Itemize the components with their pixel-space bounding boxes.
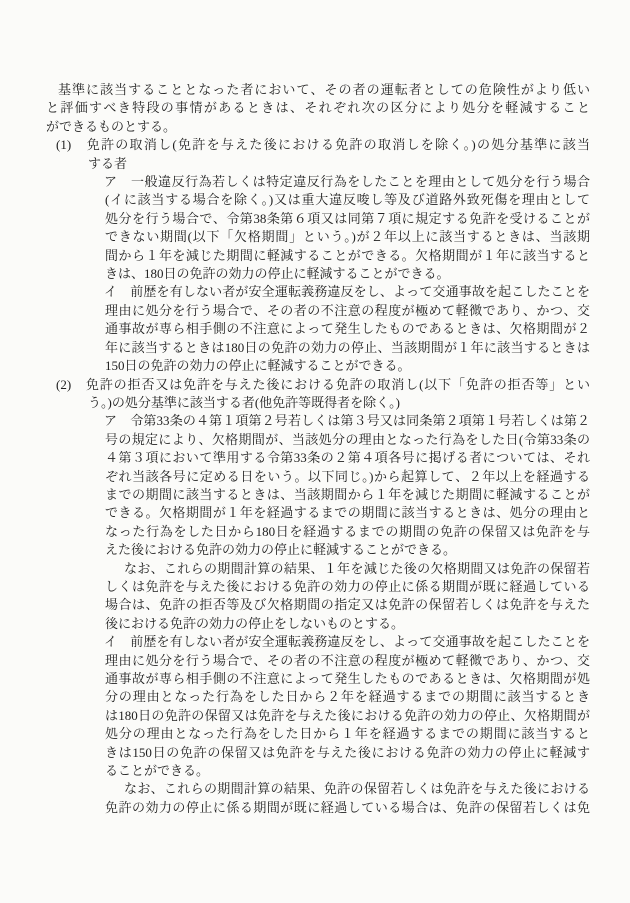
- text-line: ができるものとする。: [46, 118, 590, 136]
- text-line: (イに該当する場合を除く。)又は重大違反唆し等及び道路外致死傷を理由として: [46, 191, 590, 209]
- text-line: できる。欠格期間が１年を経過するまでの期間に該当するときは、処分の理由と: [46, 504, 590, 522]
- text-line: 通事故が専ら相手側の不注意によって発生したものであるときは、欠格期間が処: [46, 670, 590, 688]
- text-line: 分の理由となった行為をした日から２年を経過するまでの期間に該当するとき: [46, 688, 590, 706]
- text-line: 処分を行う場合で、令第38条第６項又は同第７項に規定する免許を受けることが: [46, 210, 590, 228]
- text-line: ４第３項において準用する令第33条の２第４項各号に掲げる者については、それ: [46, 449, 590, 467]
- text-line: ア 一般違反行為若しくは特定違反行為をしたことを理由として処分を行う場合: [46, 173, 590, 191]
- text-line: できない期間(以下「欠格期間」という。)が２年以上に該当するときは、当該期: [46, 228, 590, 246]
- text-line: ることができる。: [46, 762, 590, 780]
- document-text-block: 基準に該当することとなった者において、その者の運転者としての危険性がより低いと評…: [46, 81, 590, 817]
- text-line: ぞれ当該各号に定める日をいう。以下同じ。)から起算して、２年以上を経過する: [46, 468, 590, 486]
- text-line: ア 令第33条の４第１項第２号若しくは第３号又は同条第２項第１号若しくは第２: [46, 412, 590, 430]
- text-line: する者: [46, 155, 590, 173]
- text-line: なお、これらの期間計算の結果、免許の保留若しくは免許を与えた後における: [46, 780, 590, 798]
- text-line: と評価すべき特段の事情があるときは、それぞれ次の区分により処分を軽減すること: [46, 99, 590, 117]
- text-line: 150日の免許の効力の停止に軽減することができる。: [46, 357, 590, 375]
- text-line: は180日の免許の保留又は免許を与えた後における免許の効力の停止、欠格期間が: [46, 707, 590, 725]
- text-line: イ 前歴を有しない者が安全運転義務違反をし、よって交通事故を起こしたことを: [46, 633, 590, 651]
- text-line: イ 前歴を有しない者が安全運転義務違反をし、よって交通事故を起こしたことを: [46, 283, 590, 301]
- text-line: 免許の効力の停止に係る期間が既に経過している場合は、免許の保留若しくは免: [46, 799, 590, 817]
- text-line: (2) 免許の拒否又は免許を与えた後における免許の取消し(以下「免許の拒否等」と…: [46, 376, 590, 394]
- text-line: きは150日の免許の保留又は免許を与えた後における免許の効力の停止に軽減す: [46, 744, 590, 762]
- scanned-document-page: 基準に該当することとなった者において、その者の運転者としての危険性がより低いと評…: [0, 0, 630, 903]
- text-line: なお、これらの期間計算の結果、１年を減じた後の欠格期間又は免許の保留若: [46, 560, 590, 578]
- text-line: 理由に処分を行う場合で、その者の不注意の程度が極めて軽微であり、かつ、交: [46, 652, 590, 670]
- text-line: 通事故が専ら相手側の不注意によって発生したものであるときは、欠格期間が２: [46, 320, 590, 338]
- text-line: 基準に該当することとなった者において、その者の運転者としての危険性がより低い: [46, 81, 590, 99]
- text-line: なった行為をした日から180日を経過するまでの期間の免許の保留又は免許を与: [46, 523, 590, 541]
- text-line: までの期間に該当するときは、当該期間から１年を減じた期間に軽減することが: [46, 486, 590, 504]
- text-line: 後における免許の効力の停止をしないものとする。: [46, 615, 590, 633]
- text-line: 処分の理由となった行為をした日から１年を経過するまでの期間に該当すると: [46, 725, 590, 743]
- text-line: きは、180日の免許の効力の停止に軽減することができる。: [46, 265, 590, 283]
- text-line: 年に該当するときは180日の免許の効力の停止、当該期間が１年に該当するときは: [46, 339, 590, 357]
- text-line: 場合は、免許の拒否等及び欠格期間の指定又は免許の保留若しくは免許を与えた: [46, 596, 590, 614]
- text-line: しくは免許を与えた後における免許の効力の停止に係る期間が既に経過している: [46, 578, 590, 596]
- text-line: 号の規定により、欠格期間が、当該処分の理由となった行為をした日(令第33条の: [46, 431, 590, 449]
- text-line: 間から１年を減じた期間に軽減することができる。欠格期間が１年に該当すると: [46, 247, 590, 265]
- text-line: う。)の処分基準に該当する者(他免許等既得者を除く。): [46, 394, 590, 412]
- text-line: (1) 免許の取消し(免許を与えた後における免許の取消しを除く。)の処分基準に該…: [46, 136, 590, 154]
- text-line: えた後における免許の効力の停止に軽減することができる。: [46, 541, 590, 559]
- text-line: 理由に処分を行う場合で、その者の不注意の程度が極めて軽微であり、かつ、交: [46, 302, 590, 320]
